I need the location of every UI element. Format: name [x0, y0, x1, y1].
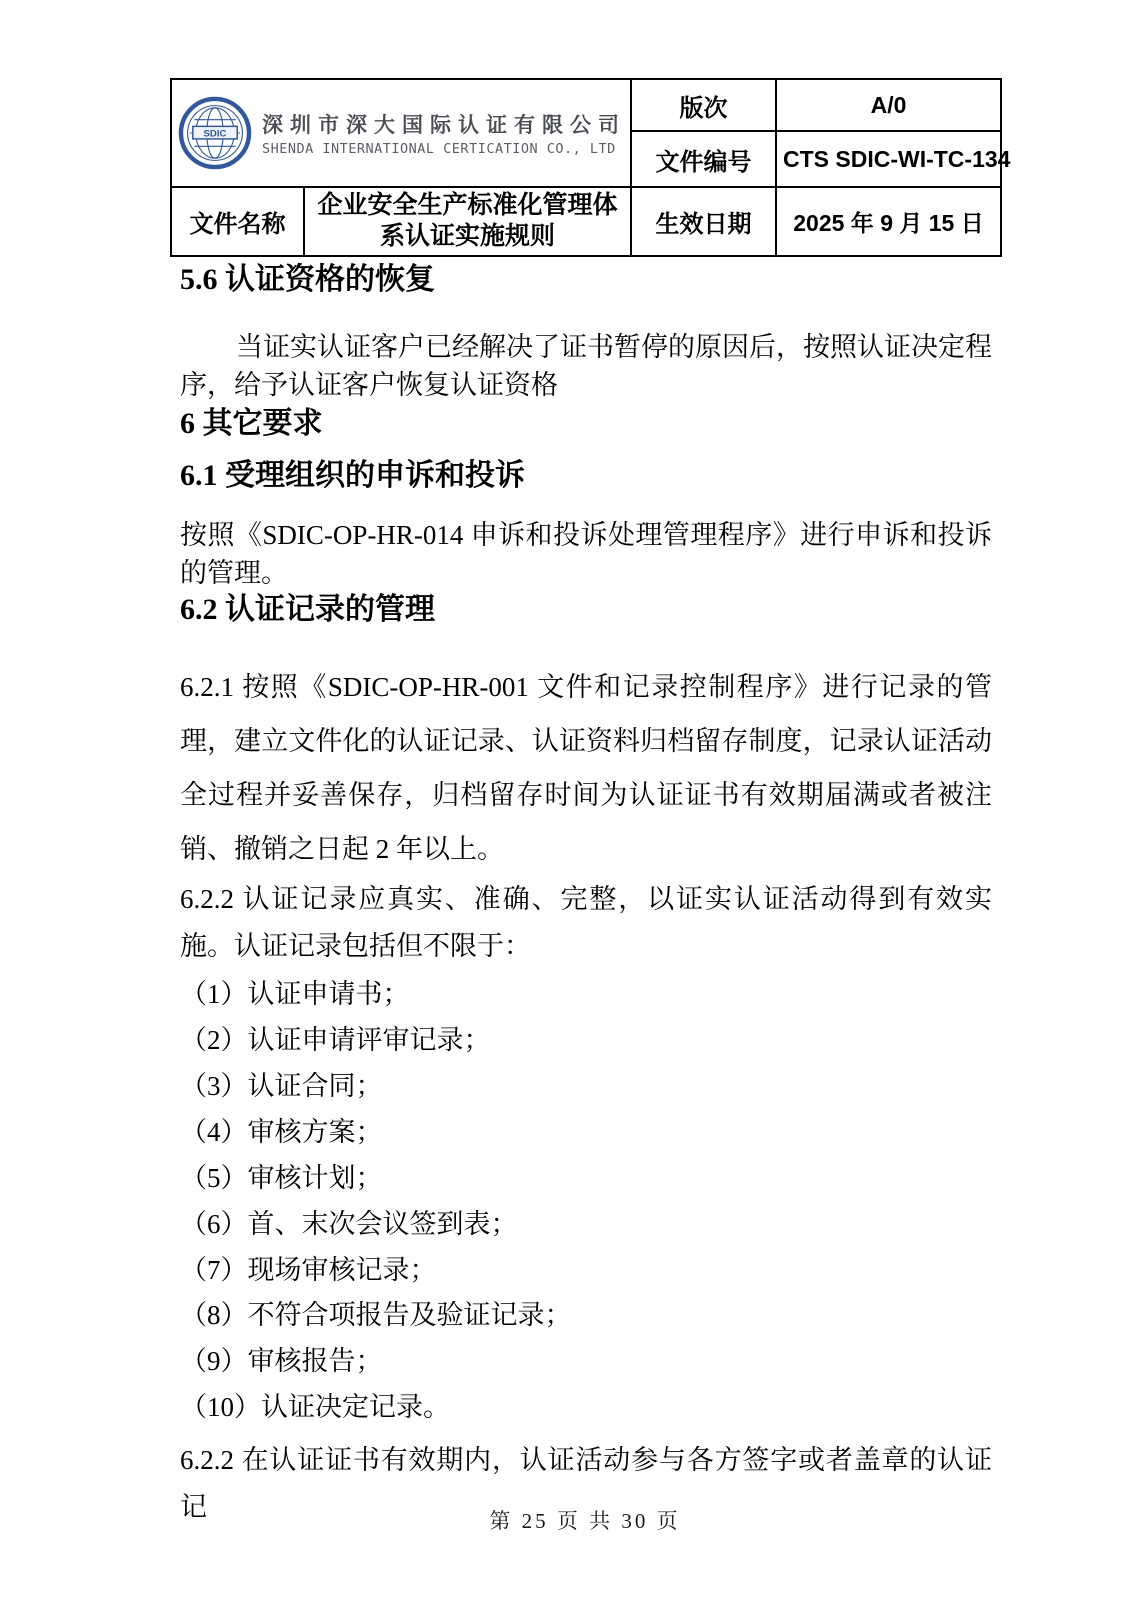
- version-value: A/0: [776, 79, 1001, 131]
- list-item: （7）现场审核记录；: [180, 1248, 992, 1294]
- section-5-6-paragraph: 当证实认证客户已经解决了证书暂停的原因后，按照认证决定程序，给予认证客户恢复认证…: [180, 328, 992, 405]
- doc-name-value: 企业安全生产标准化管理体系认证实施规则: [304, 187, 631, 256]
- list-item: （1）认证申请书；: [180, 972, 992, 1018]
- doc-number-value: CTS SDIC-WI-TC-134: [776, 131, 1001, 187]
- list-item: （3）认证合同；: [180, 1064, 992, 1110]
- section-heading-6-2: 6.2 认证记录的管理: [180, 592, 992, 628]
- version-label: 版次: [631, 79, 776, 131]
- list-item: （2）认证申请评审记录；: [180, 1018, 992, 1064]
- list-item: （4）审核方案；: [180, 1110, 992, 1156]
- list-item: （9）审核报告；: [180, 1339, 992, 1385]
- effective-date-value: 2025 年 9 月 15 日: [776, 187, 1001, 256]
- document-body: 5.6 认证资格的恢复 当证实认证客户已经解决了证书暂停的原因后，按照认证决定程…: [180, 262, 992, 1531]
- doc-name-label: 文件名称: [171, 187, 304, 256]
- record-list: （1）认证申请书； （2）认证申请评审记录； （3）认证合同； （4）审核方案；…: [180, 972, 992, 1431]
- section-6-2-1-paragraph: 6.2.1 按照《SDIC-OP-HR-001 文件和记录控制程序》进行记录的管…: [180, 660, 992, 876]
- company-logo-icon: SDIC: [178, 96, 252, 170]
- document-page: SDIC 深圳市深大国际认证有限公司 SHENDA INTERNATIONAL …: [0, 0, 1131, 1600]
- section-heading-6-1: 6.1 受理组织的申诉和投诉: [180, 458, 992, 494]
- section-6-2-2-paragraph: 6.2.2 认证记录应真实、准确、完整，以证实认证活动得到有效实施。认证记录包括…: [180, 876, 992, 970]
- section-heading-5-6: 5.6 认证资格的恢复: [180, 262, 992, 298]
- company-logo-cell: SDIC 深圳市深大国际认证有限公司 SHENDA INTERNATIONAL …: [171, 79, 631, 187]
- list-item: （5）审核计划；: [180, 1156, 992, 1202]
- list-item: （6）首、末次会议签到表；: [180, 1202, 992, 1248]
- section-heading-6: 6 其它要求: [180, 406, 992, 442]
- doc-number-label: 文件编号: [631, 131, 776, 187]
- section-6-1-paragraph: 按照《SDIC-OP-HR-014 申诉和投诉处理管理程序》进行申诉和投诉的管理…: [180, 516, 992, 593]
- effective-date-label: 生效日期: [631, 187, 776, 256]
- logo-badge-text: SDIC: [204, 128, 227, 139]
- list-item: （10）认证决定记录。: [180, 1385, 992, 1431]
- company-name-cn: 深圳市深大国际认证有限公司: [262, 109, 626, 139]
- list-item: （8）不符合项报告及验证记录；: [180, 1293, 992, 1339]
- page-number-footer: 第 25 页 共 30 页: [170, 1505, 1000, 1535]
- document-header-table: SDIC 深圳市深大国际认证有限公司 SHENDA INTERNATIONAL …: [170, 78, 1002, 257]
- company-name-en: SHENDA INTERNATIONAL CERTICATION CO., LT…: [262, 141, 626, 157]
